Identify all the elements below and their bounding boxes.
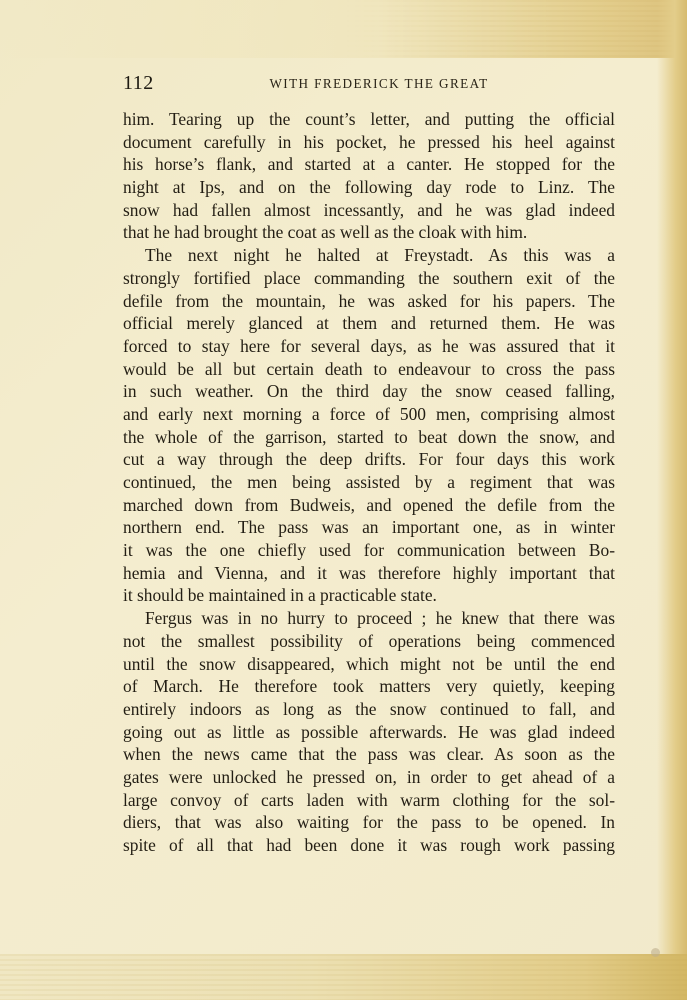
text-line: document carefully in his pocket, he pre… [123,131,615,154]
text-line: that he had brought the coat as well as … [123,221,615,244]
book-page: 112 WITH FREDERICK THE GREAT him. Tearin… [0,0,687,1000]
text-line: him. Tearing up the count’s letter, and … [123,108,615,131]
text-line: in such weather. On the third day the sn… [123,380,615,403]
text-line: hemia and Vienna, and it was therefore h… [123,562,615,585]
text-line: the whole of the garrison, started to be… [123,426,615,449]
page-stack-edge-top [0,0,687,58]
page-header: 112 WITH FREDERICK THE GREAT [123,72,615,96]
text-line: of March. He therefore took matters very… [123,675,615,698]
text-line: when the news came that the pass was cle… [123,743,615,766]
text-line: going out as little as possible afterwar… [123,721,615,744]
text-line: gates were unlocked he pressed on, in or… [123,766,615,789]
text-line: diers, that was also waiting for the pas… [123,811,615,834]
text-line: spite of all that had been done it was r… [123,834,615,857]
text-line: marched down from Budweis, and opened th… [123,494,615,517]
text-line: and early next morning a force of 500 me… [123,403,615,426]
text-line: forced to stay here for several days, as… [123,335,615,358]
text-line: it was the one chiefly used for communic… [123,539,615,562]
page-stack-edge-bottom [0,954,687,1000]
body-text: him. Tearing up the count’s letter, and … [123,108,615,857]
text-line: official merely glanced at them and retu… [123,312,615,335]
running-head: WITH FREDERICK THE GREAT [123,76,615,92]
text-line: continued, the men being assisted by a r… [123,471,615,494]
text-line: defile from the mountain, he was asked f… [123,290,615,313]
text-line: not the smallest possibility of operatio… [123,630,615,653]
text-line: snow had fallen almost incessantly, and … [123,199,615,222]
text-line: until the snow disappeared, which might … [123,653,615,676]
paper-speck [651,948,660,957]
page-stack-edge-right [657,0,687,1000]
text-line: cut a way through the deep drifts. For f… [123,448,615,471]
text-line: night at Ips, and on the following day r… [123,176,615,199]
text-line: large convoy of carts laden with warm cl… [123,789,615,812]
text-line: entirely indoors as long as the snow con… [123,698,615,721]
text-line: his horse’s flank, and started at a cant… [123,153,615,176]
paragraph-start-line: Fergus was in no hurry to proceed ; he k… [123,607,615,630]
text-line: strongly fortified place commanding the … [123,267,615,290]
text-line: would be all but certain death to endeav… [123,358,615,381]
paragraph-start-line: The next night he halted at Freystadt. A… [123,244,615,267]
text-line: it should be maintained in a practicable… [123,584,615,607]
text-line: northern end. The pass was an important … [123,516,615,539]
